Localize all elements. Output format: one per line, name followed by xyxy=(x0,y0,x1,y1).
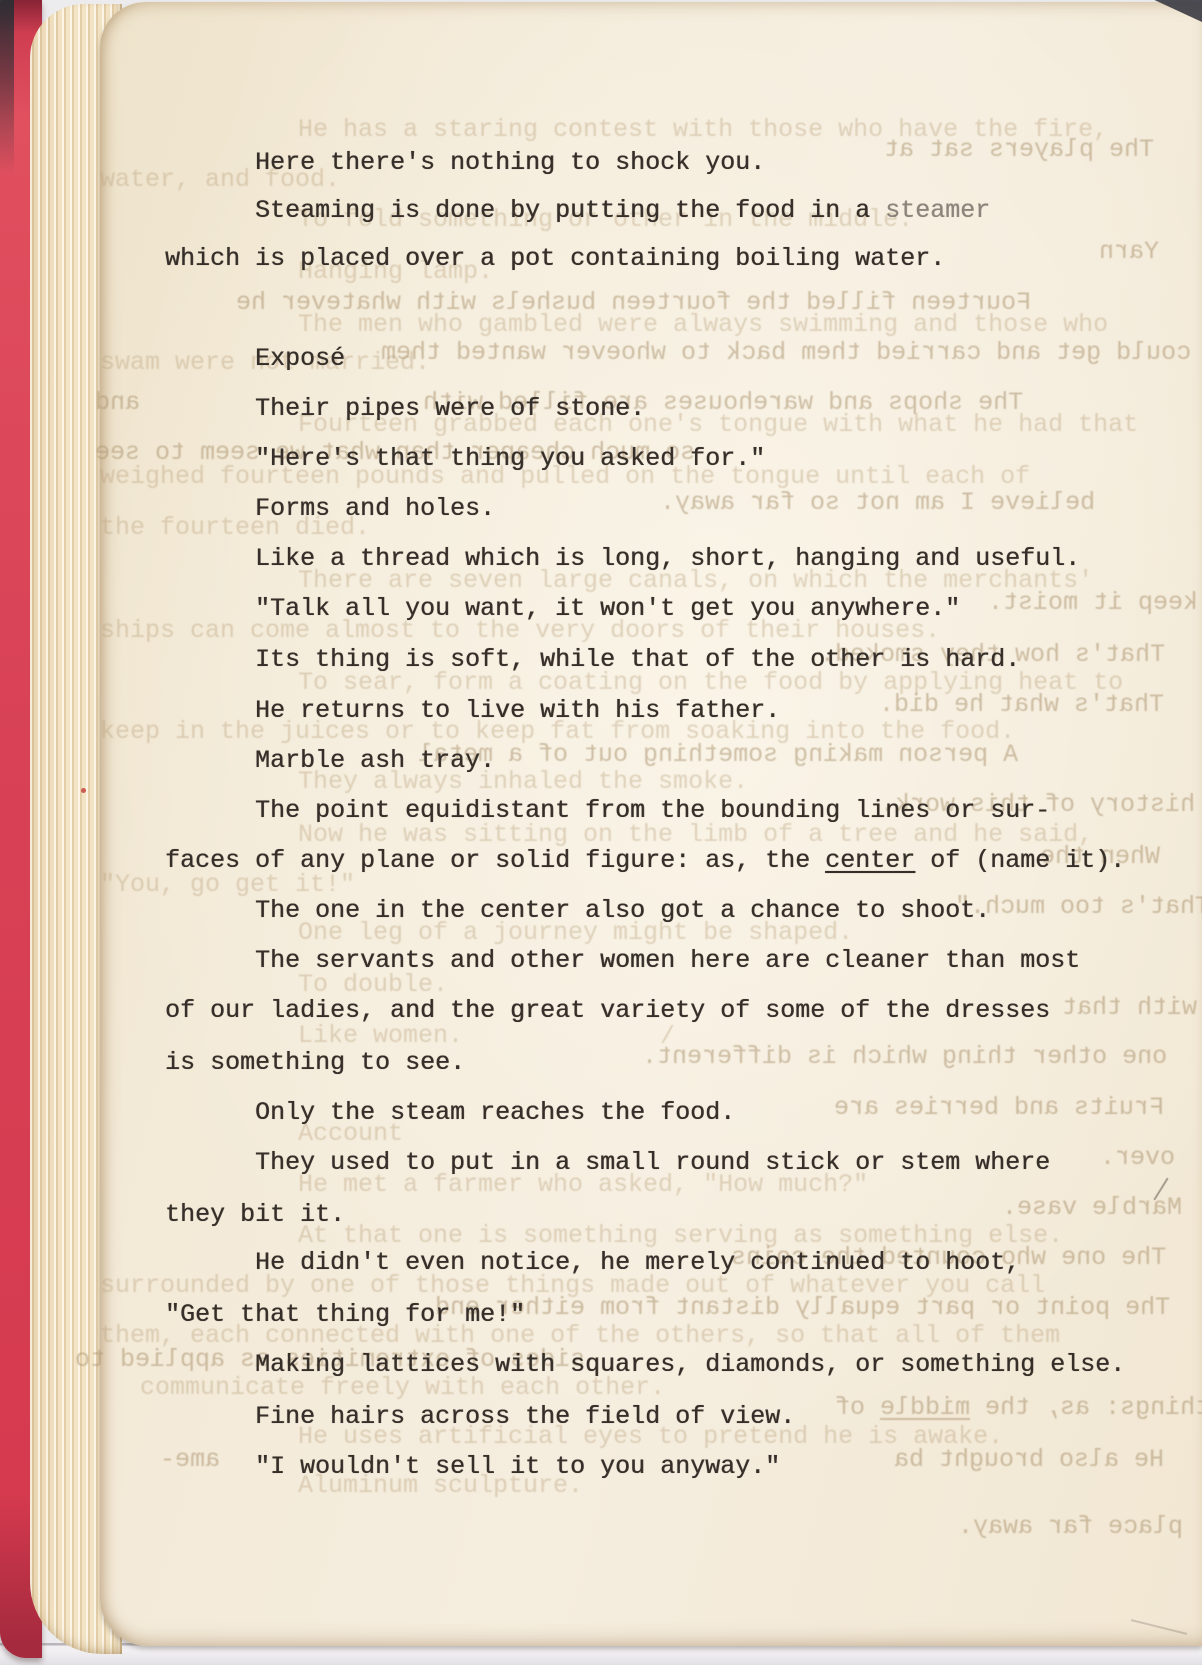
typed-line: Only the steam reaches the food. xyxy=(255,1098,735,1128)
typed-line: The servants and other women here are cl… xyxy=(255,946,1080,976)
typed-line: Like a thread which is long, short, hang… xyxy=(255,544,1080,574)
typed-line: Their pipes were of stone. xyxy=(255,394,645,424)
typed-line: They used to put in a small round stick … xyxy=(255,1148,1050,1178)
typed-text-layer: Here there's nothing to shock you.Steami… xyxy=(0,0,1202,1665)
typed-line: Making lattices with squares, diamonds, … xyxy=(255,1350,1125,1380)
typed-line: "Talk all you want, it won't get you any… xyxy=(255,594,960,624)
typed-line: The one in the center also got a chance … xyxy=(255,896,990,926)
typed-line: "I wouldn't sell it to you anyway." xyxy=(255,1452,780,1482)
typed-line: of our ladies, and the great variety of … xyxy=(165,996,1050,1026)
typed-line: Steaming is done by putting the food in … xyxy=(255,196,990,226)
typed-line: Exposé xyxy=(255,344,345,374)
typed-line: Its thing is soft, while that of the oth… xyxy=(255,645,1020,675)
book-scan-scene: He has a staring contest with those who … xyxy=(0,0,1202,1665)
typed-line: The point equidistant from the bounding … xyxy=(255,796,1050,826)
typed-line: "Here's that thing you asked for." xyxy=(255,444,765,474)
typed-line: is something to see. xyxy=(165,1048,465,1078)
typed-line: Marble ash tray. xyxy=(255,746,495,776)
typed-line: He returns to live with his father. xyxy=(255,696,780,726)
typed-line: Fine hairs across the field of view. xyxy=(255,1402,795,1432)
typed-line: they bit it. xyxy=(165,1200,345,1230)
typed-line: Here there's nothing to shock you. xyxy=(255,148,765,178)
typed-line: faces of any plane or solid figure: as, … xyxy=(165,846,1125,876)
typed-line: "Get that thing for me!" xyxy=(165,1300,525,1330)
typed-line: which is placed over a pot containing bo… xyxy=(165,244,945,274)
typed-line: He didn't even notice, he merely continu… xyxy=(255,1248,1020,1278)
typed-line: Forms and holes. xyxy=(255,494,495,524)
red-ink-speck xyxy=(81,788,86,793)
